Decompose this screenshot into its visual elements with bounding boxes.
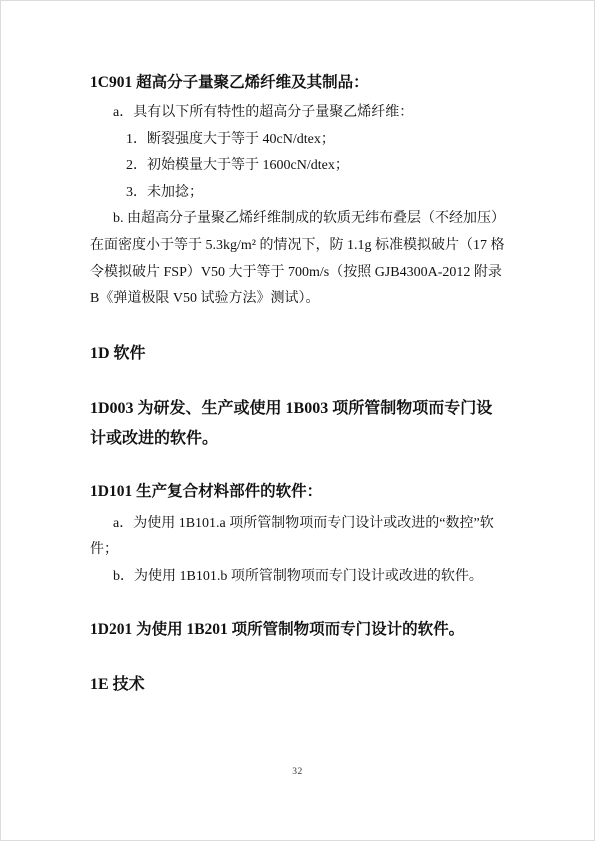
c901-item-a2: 2．初始模量大于等于 1600cN/dtex；: [90, 153, 536, 180]
section-heading-1c901: 1C901 超高分子量聚乙烯纤维及其制品：: [90, 70, 536, 96]
c901-item-b-line2: 在面密度小于等于 5.3kg/m² 的情况下，防 1.1g 标准模拟破片（17 …: [90, 233, 536, 260]
d101-item-b: b．为使用 1B101.b 项所管制物项而专门设计或改进的软件。: [90, 564, 536, 591]
c901-item-a1: 1．断裂强度大于等于 40cN/dtex；: [90, 127, 536, 154]
d101-item-a-line2: 件；: [90, 537, 536, 564]
c901-item-b-line1: b. 由超高分子量聚乙烯纤维制成的软质无纬布叠层（不经加压）: [90, 206, 536, 233]
chapter-heading-1e: 1E 技术: [90, 672, 536, 698]
c901-item-b-line3: 令模拟破片 FSP）V50 大于等于 700m/s（按照 GJB4300A-20…: [90, 260, 536, 287]
c901-item-a3: 3．未加捻；: [90, 180, 536, 207]
section-heading-1d201: 1D201 为使用 1B201 项所管制物项而专门设计的软件。: [90, 617, 536, 643]
page-number: 32: [1, 767, 594, 777]
document-page: 1C901 超高分子量聚乙烯纤维及其制品： a．具有以下所有特性的超高分子量聚乙…: [0, 0, 595, 841]
d101-item-a-line1: a．为使用 1B101.a 项所管制物项而专门设计或改进的“数控”软: [90, 511, 536, 538]
section-heading-1d003-line1: 1D003 为研发、生产或使用 1B003 项所管制物项而专门设: [90, 394, 536, 424]
document-content: 1C901 超高分子量聚乙烯纤维及其制品： a．具有以下所有特性的超高分子量聚乙…: [90, 70, 536, 698]
c901-item-a: a．具有以下所有特性的超高分子量聚乙烯纤维：: [90, 100, 536, 127]
c901-item-b-line4: B《弹道极限 V50 试验方法》测试）。: [90, 286, 536, 313]
section-heading-1d101: 1D101 生产复合材料部件的软件：: [90, 479, 536, 505]
section-heading-1d003-line2: 计或改进的软件。: [90, 424, 536, 454]
chapter-heading-1d: 1D 软件: [90, 341, 536, 367]
